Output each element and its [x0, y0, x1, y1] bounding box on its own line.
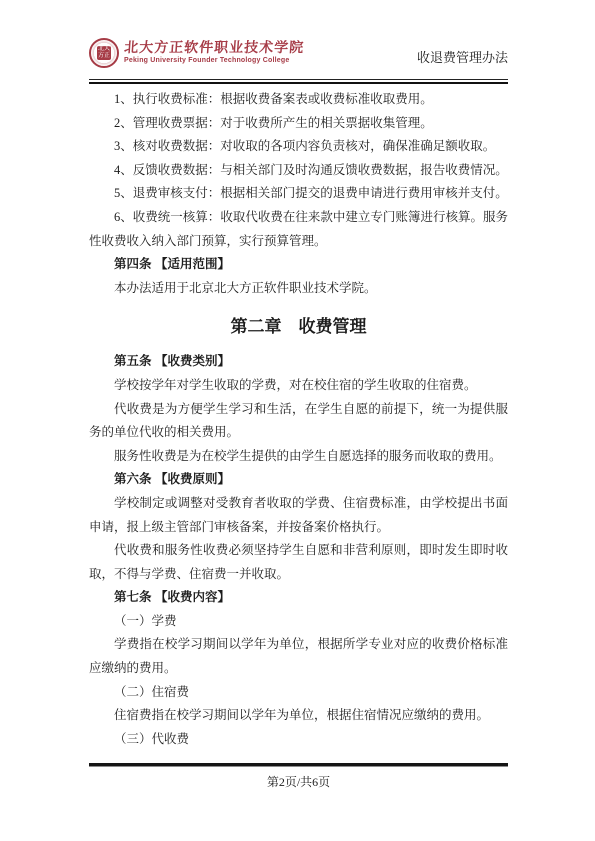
paragraph: （三）代收费: [89, 728, 508, 752]
seal-emblem-text: 北大方正: [97, 46, 111, 60]
paragraph: 服务性收费是为在校学生提供的由学生自愿选择的服务而收取的费用。: [89, 445, 508, 469]
document-title: 收退费管理办法: [417, 47, 508, 68]
numbered-item: 4、反馈收费数据：与相关部门及时沟通反馈收费数据，报告收费情况。: [89, 159, 508, 183]
college-name-en: Peking University Founder Technology Col…: [124, 57, 304, 64]
header-divider: [89, 79, 508, 84]
paragraph: 学校按学年对学生收取的学费，对在校住宿的学生收取的住宿费。: [89, 374, 508, 398]
numbered-item: 2、管理收费票据：对于收费所产生的相关票据收集管理。: [89, 112, 508, 136]
article-heading: 第六条 【收费原则】: [89, 468, 508, 492]
paragraph: （一）学费: [89, 610, 508, 634]
paragraph: 学费指在校学习期间以学年为单位，根据所学专业对应的收费价格标准应缴纳的费用。: [89, 633, 508, 680]
college-name-block: 北大方正软件职业技术学院 Peking University Founder T…: [124, 42, 304, 64]
numbered-item: 1、执行收费标准：根据收费备案表或收费标准收取费用。: [89, 88, 508, 112]
numbered-item: 5、退费审核支付：根据相关部门提交的退费申请进行费用审核并支付。: [89, 182, 508, 206]
college-logo: 北大方正 北大方正软件职业技术学院 Peking University Foun…: [89, 38, 304, 68]
paragraph: 代收费是为方便学生学习和生活，在学生自愿的前提下，统一为提供服务的单位代收的相关…: [89, 398, 508, 445]
page-number: 第2页/共6页: [89, 773, 508, 790]
paragraph: （二）住宿费: [89, 681, 508, 705]
article-heading: 第五条 【收费类别】: [89, 350, 508, 374]
college-seal-icon: 北大方正: [89, 38, 119, 68]
page-footer: 第2页/共6页: [89, 763, 508, 790]
numbered-item: 6、收费统一核算：收取代收费在往来款中建立专门账簿进行核算。服务性收费收入纳入部…: [89, 206, 508, 253]
article-heading: 第四条 【适用范围】: [89, 253, 508, 277]
document-page: 北大方正 北大方正软件职业技术学院 Peking University Foun…: [0, 0, 595, 841]
paragraph: 学校制定或调整对受教育者收取的学费、住宿费标准，由学校提出书面申请，报上级主管部…: [89, 492, 508, 539]
page-header: 北大方正 北大方正软件职业技术学院 Peking University Foun…: [89, 38, 508, 68]
paragraph: 本办法适用于北京北大方正软件职业技术学院。: [89, 277, 508, 301]
paragraph: 住宿费指在校学习期间以学年为单位，根据住宿情况应缴纳的费用。: [89, 704, 508, 728]
numbered-item: 3、核对收费数据：对收取的各项内容负责核对，确保准确足额收取。: [89, 135, 508, 159]
paragraph: 代收费和服务性收费必须坚持学生自愿和非营利原则，即时发生即时收取，不得与学费、住…: [89, 539, 508, 586]
chapter-heading: 第二章 收费管理: [89, 315, 508, 339]
footer-divider-shadow: [89, 766, 508, 768]
article-heading: 第七条 【收费内容】: [89, 586, 508, 610]
college-name-cn: 北大方正软件职业技术学院: [123, 42, 304, 57]
document-body: 1、执行收费标准：根据收费备案表或收费标准收取费用。2、管理收费票据：对于收费所…: [89, 88, 508, 751]
